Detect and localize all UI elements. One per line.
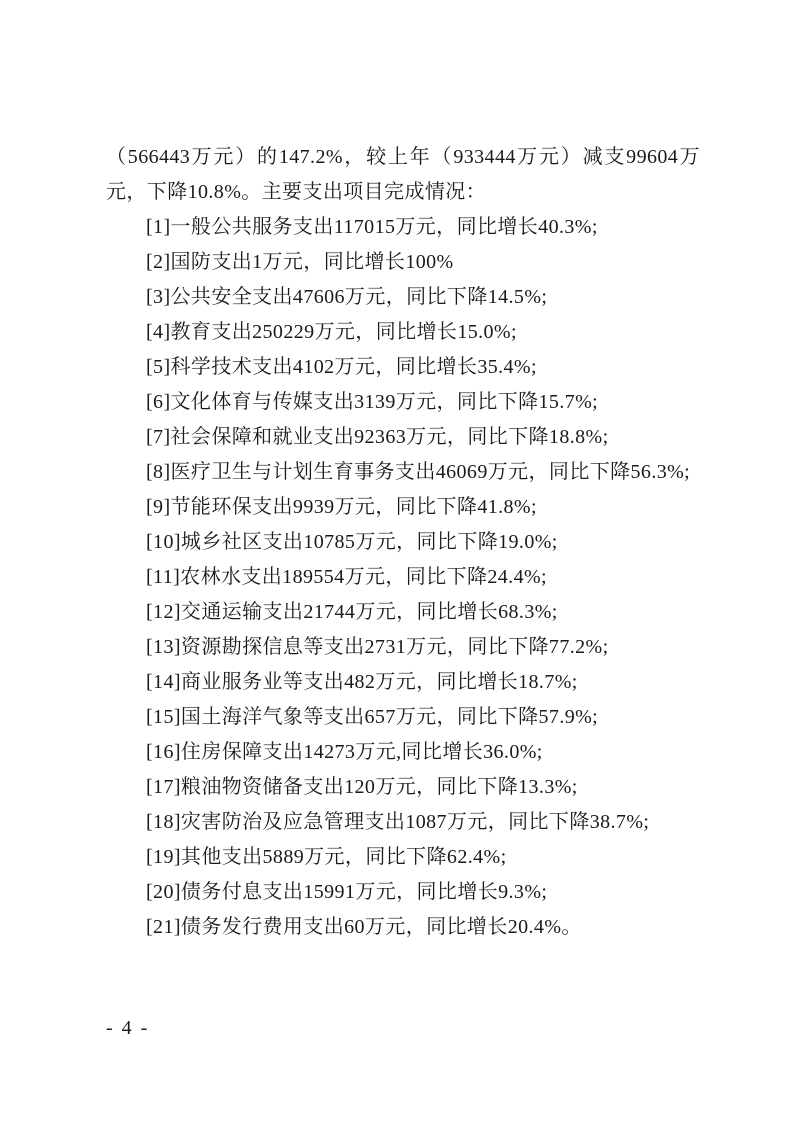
- expenditure-item-7: [7]社会保障和就业支出92363万元，同比下降18.8%;: [106, 420, 700, 455]
- intro-paragraph: （566443万元）的147.2%，较上年（933444万元）减支99604万元…: [106, 140, 700, 210]
- expenditure-item-14: [14]商业服务业等支出482万元，同比增长18.7%;: [106, 665, 700, 700]
- page-number: - 4 -: [106, 1016, 149, 1040]
- expenditure-item-4: [4]教育支出250229万元，同比增长15.0%;: [106, 315, 700, 350]
- expenditure-item-12: [12]交通运输支出21744万元，同比增长68.3%;: [106, 595, 700, 630]
- expenditure-item-3: [3]公共安全支出47606万元，同比下降14.5%;: [106, 280, 700, 315]
- expenditure-item-5: [5]科学技术支出4102万元，同比增长35.4%;: [106, 350, 700, 385]
- expenditure-item-1: [1]一般公共服务支出117015万元，同比增长40.3%;: [106, 210, 700, 245]
- expenditure-item-11: [11]农林水支出189554万元，同比下降24.4%;: [106, 560, 700, 595]
- expenditure-item-19: [19]其他支出5889万元，同比下降62.4%;: [106, 840, 700, 875]
- expenditure-item-18: [18]灾害防治及应急管理支出1087万元，同比下降38.7%;: [106, 805, 700, 840]
- expenditure-item-2: [2]国防支出1万元，同比增长100%: [106, 245, 700, 280]
- document-page: （566443万元）的147.2%，较上年（933444万元）减支99604万元…: [0, 0, 793, 1122]
- expenditure-item-6: [6]文化体育与传媒支出3139万元，同比下降15.7%;: [106, 385, 700, 420]
- expenditure-item-8: [8]医疗卫生与计划生育事务支出46069万元，同比下降56.3%;: [106, 455, 700, 490]
- document-body: （566443万元）的147.2%，较上年（933444万元）减支99604万元…: [106, 140, 700, 945]
- expenditure-item-15: [15]国土海洋气象等支出657万元，同比下降57.9%;: [106, 700, 700, 735]
- expenditure-item-10: [10]城乡社区支出10785万元，同比下降19.0%;: [106, 525, 700, 560]
- expenditure-item-21: [21]债务发行费用支出60万元，同比增长20.4%。: [106, 910, 700, 945]
- expenditure-item-13: [13]资源勘探信息等支出2731万元，同比下降77.2%;: [106, 630, 700, 665]
- expenditure-item-17: [17]粮油物资储备支出120万元，同比下降13.3%;: [106, 770, 700, 805]
- expenditure-item-9: [9]节能环保支出9939万元，同比下降41.8%;: [106, 490, 700, 525]
- expenditure-item-20: [20]债务付息支出15991万元，同比增长9.3%;: [106, 875, 700, 910]
- expenditure-item-16: [16]住房保障支出14273万元,同比增长36.0%;: [106, 735, 700, 770]
